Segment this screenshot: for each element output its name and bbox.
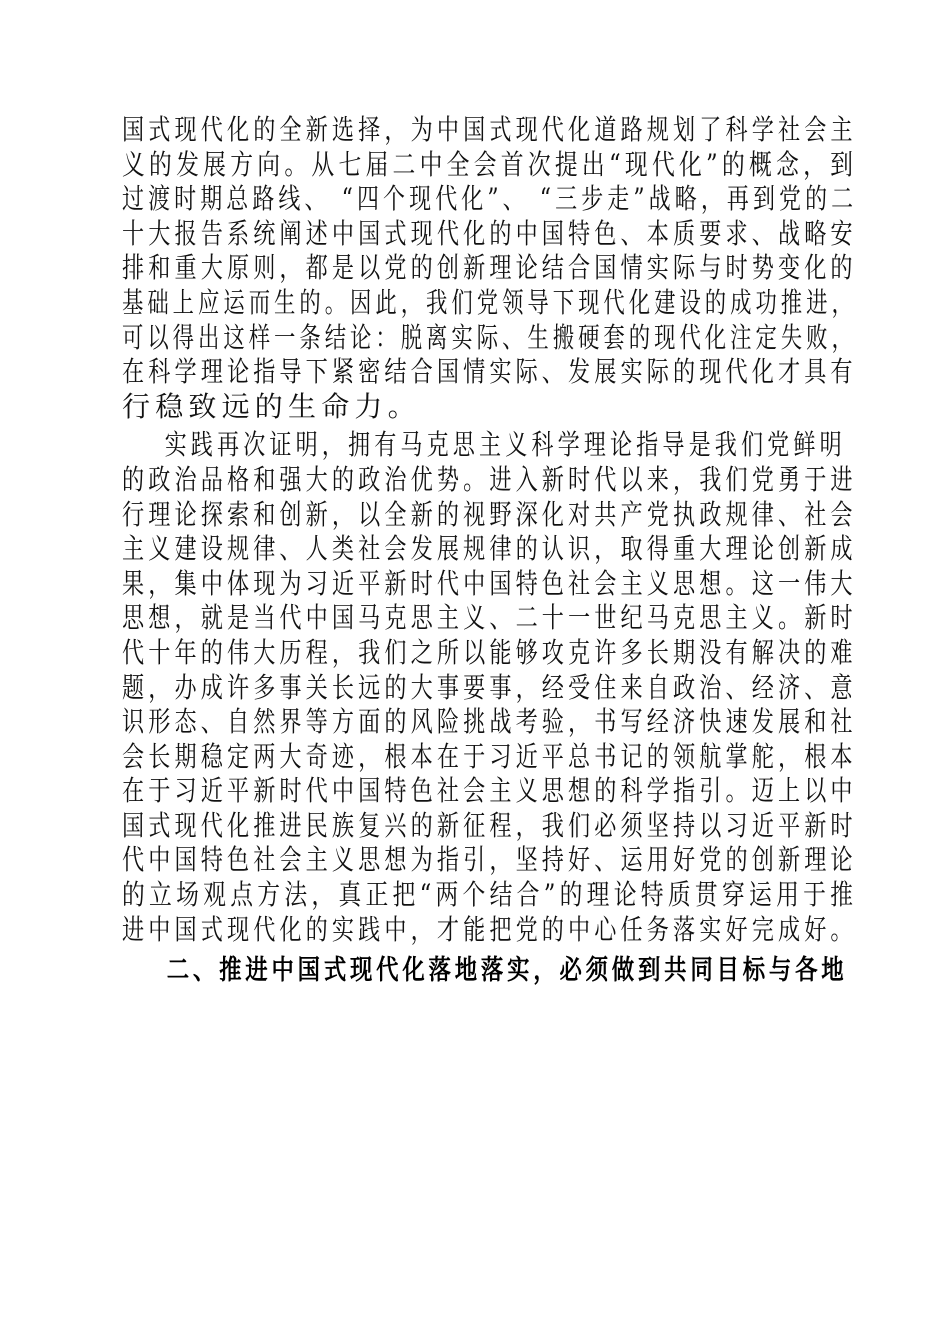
text-line: 义的发展方向。从七届二中全会首次提出“现代化”的概念，到 [122,148,721,183]
paragraph-2: 实践再次证明，拥有马克思主义科学理论指导是我们党鲜明 的政治品格和强大的政治优势… [122,428,857,947]
text-line: 主义建设规律、人类社会发展规律的认识，取得重大理论创新成 [122,532,703,567]
text-line: 行理论探索和创新，以全新的视野深化对共产党执政规律、社会 [122,498,703,533]
text-line: 在科学理论指导下紧密结合国情实际、发展实际的现代化才具有 [122,355,703,390]
text-line: 过渡时期总路线、 “四个现代化”、 “三步走”战略，再到党的二 [122,182,699,217]
text-line: 思想，就是当代中国马克思主义、二十一世纪马克思主义。新时 [122,601,703,636]
text-line: 的政治品格和强大的政治优势。进入新时代以来，我们党勇于进 [122,463,703,498]
text-line: 国式现代化的全新选择，为中国式现代化道路规划了科学社会主 [122,113,703,148]
text-line: 代中国特色社会主义思想为指引，坚持好、运用好党的创新理论 [122,843,703,878]
text-line: 代十年的伟大历程，我们之所以能够攻克许多长期没有解决的难 [122,636,703,671]
text-line: 进中国式现代化的实践中，才能把党的中心任务落实好完成好。 [122,913,703,948]
text-line: 基础上应运而生的。因此，我们党领导下现代化建设的成功推进， [122,286,683,321]
document-page: 国式现代化的全新选择，为中国式现代化道路规划了科学社会主 义的发展方向。从七届二… [122,113,857,988]
text-line: 实践再次证明，拥有马克思主义科学理论指导是我们党鲜明 [122,428,702,463]
paragraph-1: 国式现代化的全新选择，为中国式现代化道路规划了科学社会主 义的发展方向。从七届二… [122,113,857,424]
text-line: 国式现代化推进民族复兴的新征程，我们必须坚持以习近平新时 [122,809,703,844]
text-line: 在于习近平新时代中国特色社会主义思想的科学指引。迈上以中 [122,774,703,809]
text-line: 果，集中体现为习近平新时代中国特色社会主义思想。这一伟大 [122,567,703,602]
text-line: 会长期稳定两大奇迹，根本在于习近平总书记的领航掌舵，根本 [122,740,703,775]
text-line: 十大报告系统阐述中国式现代化的中国特色、本质要求、战略安 [122,217,703,252]
text-line: 的立场观点方法，真正把“两个结合”的理论特质贯穿运用于推 [122,878,721,913]
text-line: 行稳致远的生命力。 [122,390,857,425]
text-line: 可以得出这样一条结论：脱离实际、生搬硬套的现代化注定失败， [122,321,683,356]
text-line: 识形态、自然界等方面的风险挑战考验，书写经济快速发展和社 [122,705,703,740]
text-line: 题，办成许多事关长远的大事要事，经受住来自政治、经济、意 [122,671,703,706]
section-heading: 二、推进中国式现代化落地落实，必须做到共同目标与各地 [122,953,731,988]
text-line: 排和重大原则，都是以党的创新理论结合国情实际与时势变化的 [122,251,703,286]
